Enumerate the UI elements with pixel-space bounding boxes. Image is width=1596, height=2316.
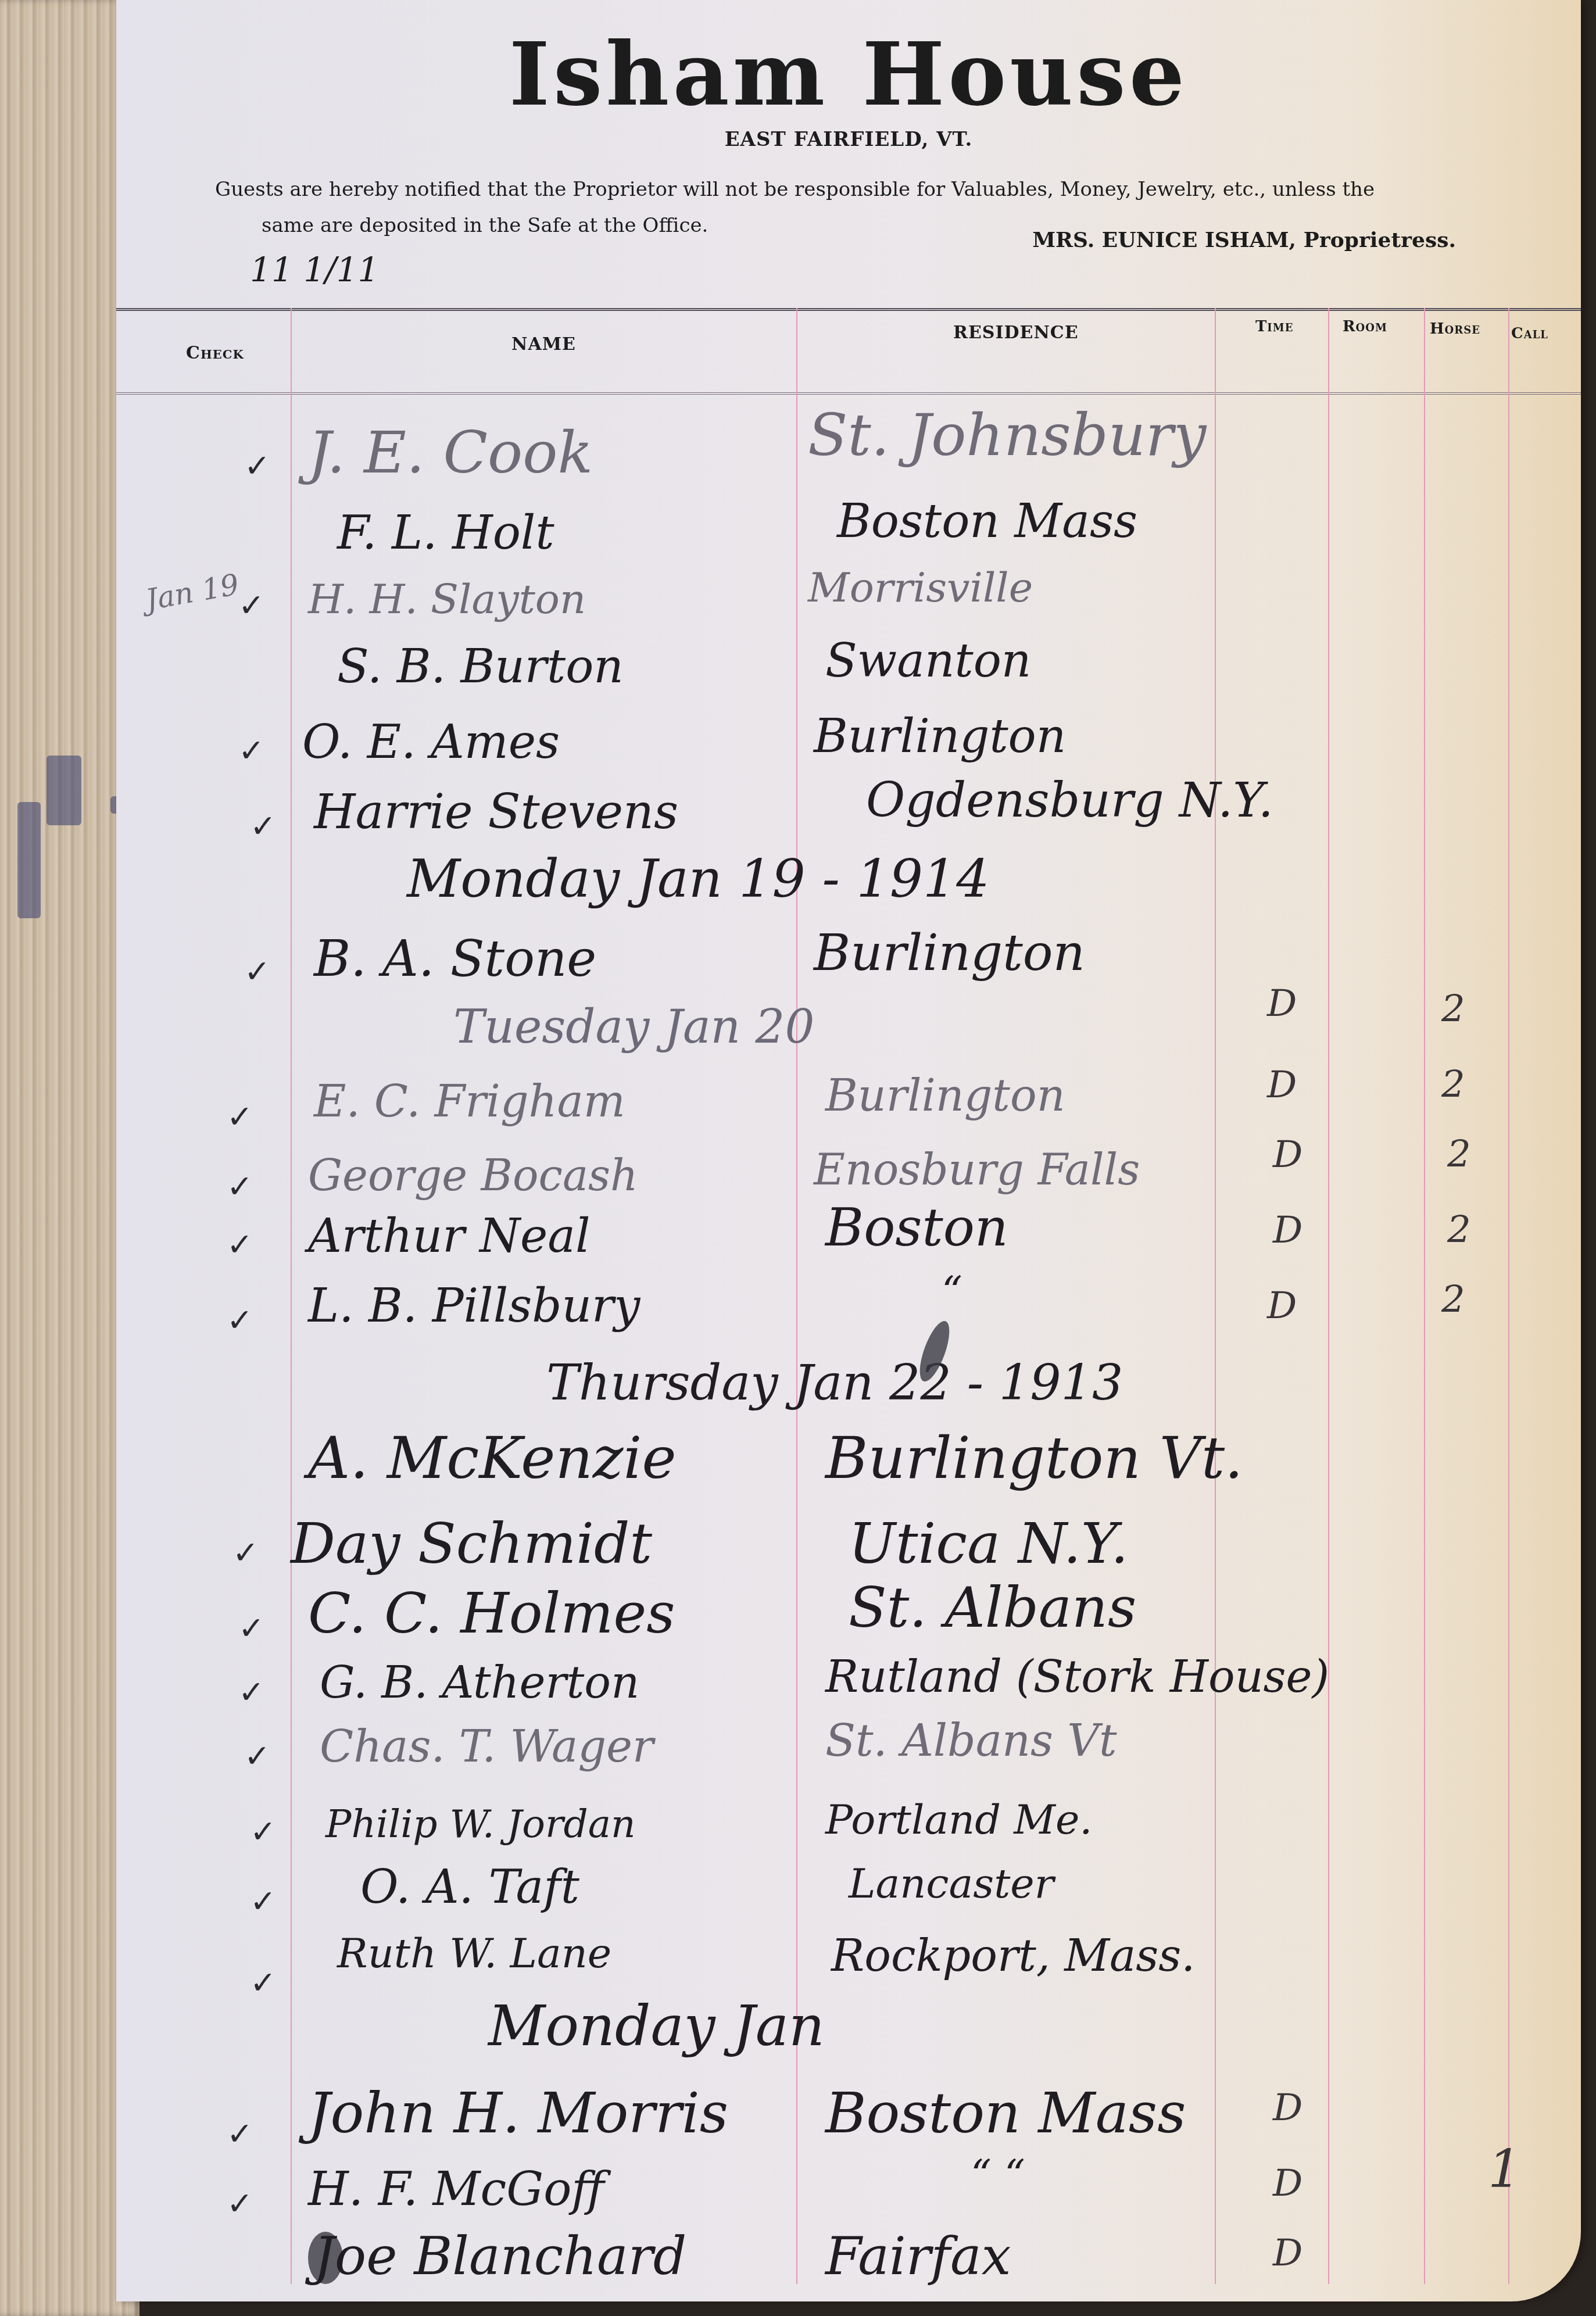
check-mark: ✓: [227, 1168, 253, 1205]
check-mark: ✓: [227, 1302, 253, 1338]
time-mark: D: [1273, 2086, 1302, 2129]
guest-residence: Portland Me.: [825, 1796, 1093, 1844]
guest-name: Ruth W. Lane: [337, 1930, 611, 1977]
guest-residence: Lancaster: [849, 1860, 1054, 1907]
guest-name: G. B. Atherton: [320, 1656, 639, 1708]
horse-count: 2: [1441, 1279, 1465, 1322]
check-mark: ✓: [227, 2185, 253, 2222]
date-header: Monday Jan 19 - 1914: [407, 849, 990, 910]
horse-count: 2: [1447, 1209, 1471, 1252]
rule-time: [1328, 308, 1329, 2284]
check-mark: ✓: [250, 808, 276, 844]
col-head-check: Check: [186, 343, 244, 363]
guest-residence: St. Johnsbury: [808, 401, 1206, 469]
guest-name: C. C. Holmes: [308, 1581, 675, 1646]
check-mark: ✓: [227, 2115, 253, 2152]
guest-name: Day Schmidt: [291, 1511, 652, 1576]
check-mark: ✓: [227, 1226, 253, 1263]
check-mark: ✓: [238, 587, 264, 624]
check-mark: ✓: [244, 448, 270, 484]
date-header: Thursday Jan 22 - 1913: [546, 1354, 1123, 1411]
horse-count: 2: [1441, 988, 1465, 1031]
guest-residence: Boston Mass: [825, 2081, 1186, 2146]
col-head-residence: RESIDENCE: [953, 323, 1079, 343]
proprietress-name: MRS. EUNICE ISHAM, Proprietress.: [1032, 228, 1456, 252]
guest-residence: Boston: [825, 1197, 1008, 1258]
guest-name: Arthur Neal: [308, 1209, 591, 1263]
guest-name: Philip W. Jordan: [325, 1802, 636, 1846]
guest-residence: “ “: [971, 2150, 1025, 2198]
col-head-room: Room: [1343, 318, 1387, 335]
check-mark: ✓: [250, 1813, 276, 1850]
col-head-horse: Horse: [1430, 320, 1480, 338]
notice-line-1: Guests are hereby notified that the Prop…: [215, 171, 1494, 207]
guest-name: John H. Morris: [308, 2081, 728, 2146]
ink-stain: [46, 756, 81, 825]
column-header-row: Check NAME RESIDENCE Time Room Horse Cal…: [116, 308, 1581, 395]
horse-count: 2: [1447, 1133, 1471, 1176]
hotel-title: Isham House: [116, 23, 1581, 126]
guest-residence: Utica N.Y.: [849, 1511, 1129, 1576]
col-head-time: Time: [1255, 318, 1293, 335]
check-mark: ✓: [244, 1738, 270, 1774]
date-header: Tuesday Jan 20: [453, 1000, 814, 1054]
guest-residence: Fairfax: [825, 2226, 1011, 2287]
guest-name: Joe Blanchard: [314, 2226, 686, 2287]
guest-residence: Boston Mass: [837, 494, 1137, 548]
hotel-location: EAST FAIRFIELD, VT.: [116, 128, 1581, 151]
guest-residence: Burlington: [814, 924, 1085, 982]
guest-residence: “: [942, 1267, 962, 1315]
time-mark: D: [1267, 982, 1297, 1025]
guest-name: E. C. Frigham: [314, 1075, 625, 1127]
guest-name: O. E. Ames: [302, 715, 560, 769]
guest-residence: Rockport, Mass.: [831, 1930, 1195, 1981]
check-mark: ✓: [238, 732, 264, 769]
time-mark: D: [1273, 2232, 1302, 2275]
rule-check: [291, 308, 292, 2284]
guest-residence: Enosburg Falls: [814, 1145, 1140, 1195]
margin-date: Jan 19: [143, 567, 241, 617]
guest-name: L. B. Pillsbury: [308, 1279, 640, 1333]
call-mark: 1: [1488, 2139, 1521, 2200]
guest-name: F. L. Holt: [337, 506, 554, 560]
guest-name: George Bocash: [308, 1151, 638, 1201]
guest-name: J. E. Cook: [308, 418, 593, 486]
guest-residence: Burlington: [814, 709, 1066, 763]
time-mark: D: [1267, 1064, 1297, 1107]
check-mark: ✓: [250, 1964, 276, 2001]
guest-residence: Morrisville: [808, 564, 1033, 611]
time-mark: D: [1273, 1133, 1302, 1176]
rule-name: [796, 308, 797, 2284]
check-mark: ✓: [227, 1098, 253, 1135]
guest-name: Harrie Stevens: [314, 785, 678, 840]
guest-name: S. B. Burton: [337, 639, 624, 693]
rule-horse: [1508, 308, 1509, 2284]
rule-residence: [1215, 308, 1216, 2284]
register-page: Isham House EAST FAIRFIELD, VT. Guests a…: [116, 0, 1581, 2301]
check-mark: ✓: [232, 1534, 259, 1571]
horse-count: 2: [1441, 1064, 1465, 1107]
check-mark: ✓: [250, 1883, 276, 1920]
guest-name: A. McKenzie: [308, 1424, 677, 1492]
guest-name: H. H. Slayton: [308, 575, 586, 623]
check-mark: ✓: [244, 953, 270, 990]
guest-residence: Burlington Vt.: [825, 1424, 1243, 1492]
guest-residence: Swanton: [825, 633, 1031, 688]
guest-residence: Rutland (Stork House): [825, 1651, 1329, 1702]
guest-residence: St. Albans: [849, 1575, 1136, 1640]
guest-name: B. A. Stone: [314, 930, 596, 988]
col-head-name: NAME: [511, 334, 576, 355]
date-header: Monday Jan: [488, 1993, 825, 2059]
time-mark: D: [1273, 2162, 1302, 2205]
check-mark: ✓: [238, 1610, 264, 1646]
time-mark: D: [1267, 1284, 1297, 1327]
margin-note: 11 1/11: [250, 250, 379, 289]
guest-name: O. A. Taft: [360, 1860, 579, 1914]
guest-residence: St. Albans Vt: [825, 1714, 1117, 1766]
check-mark: ✓: [238, 1674, 264, 1710]
ink-stain: [17, 802, 41, 918]
time-mark: D: [1273, 1209, 1302, 1252]
col-head-call: Call: [1511, 325, 1548, 342]
rule-room: [1424, 308, 1425, 2284]
guest-residence: Burlington: [825, 1069, 1065, 1121]
guest-residence: Ogdensburg N.Y.: [866, 773, 1273, 828]
guest-name: Chas. T. Wager: [320, 1720, 653, 1772]
guest-name: H. F. McGoff: [308, 2162, 604, 2216]
